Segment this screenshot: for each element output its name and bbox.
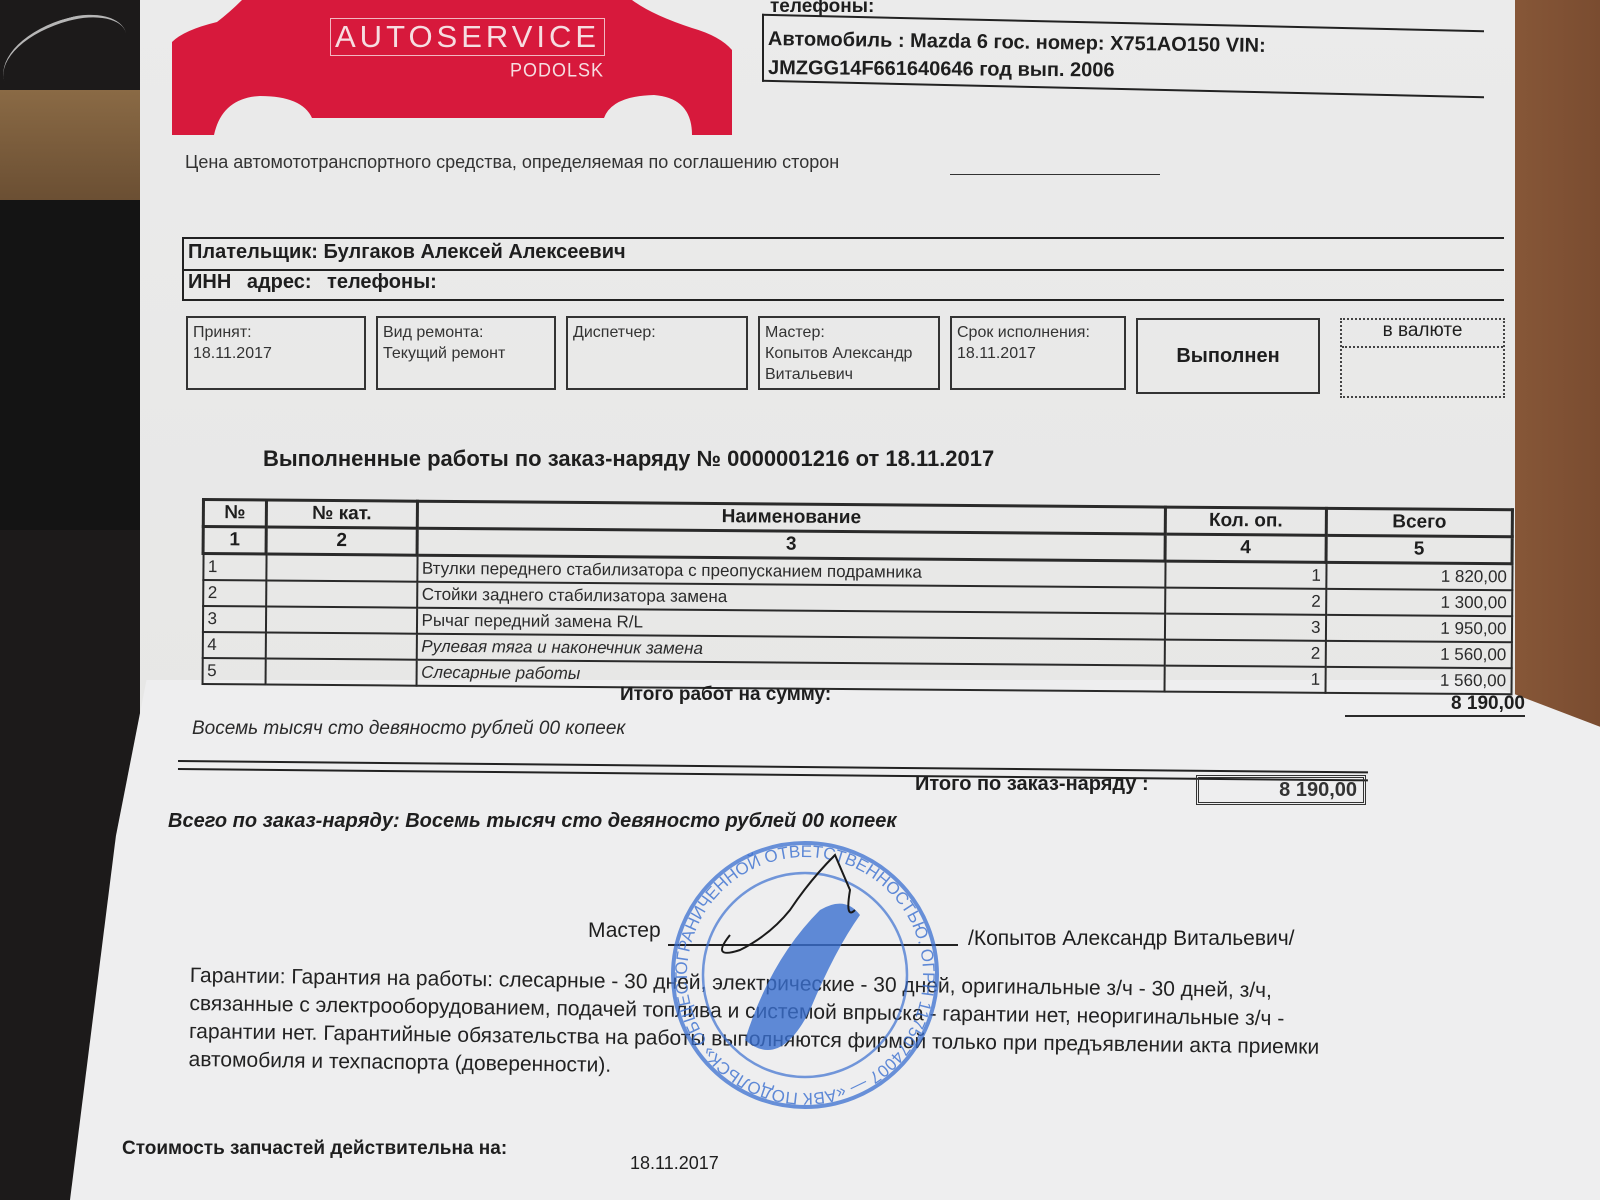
info-label: Вид ремонта: bbox=[383, 324, 483, 341]
works-title: Выполненные работы по заказ-наряду № 000… bbox=[263, 446, 994, 472]
work-order-document-lower bbox=[70, 680, 1600, 1200]
row-qty: 3 bbox=[1164, 614, 1325, 641]
column-number: 5 bbox=[1326, 535, 1512, 563]
payer-meta: ИНН адрес: телефоны: bbox=[188, 271, 437, 294]
order-total-words: Всего по заказ-наряду: Восемь тысяч сто … bbox=[168, 810, 897, 833]
column-number: 4 bbox=[1165, 534, 1326, 562]
warranty-text: Гарантии: Гарантия на работы: слесарные … bbox=[188, 962, 1349, 1090]
info-label: Принят: bbox=[193, 324, 252, 341]
row-catalog bbox=[265, 607, 416, 634]
column-header-num: № bbox=[203, 500, 266, 527]
row-num: 5 bbox=[202, 658, 265, 684]
column-number: 1 bbox=[203, 527, 266, 554]
info-box-master: Мастер: Копытов Александр Витальевич bbox=[758, 316, 940, 390]
row-total: 1 820,00 bbox=[1326, 562, 1512, 590]
status-badge: Выполнен bbox=[1136, 318, 1320, 394]
logo-brand-text: AUTOSERVICE bbox=[330, 18, 605, 56]
info-box-repair-type: Вид ремонта: Текущий ремонт bbox=[376, 316, 556, 390]
info-box-dispatcher: Диспетчер: bbox=[566, 316, 748, 390]
column-header-total: Всего bbox=[1326, 508, 1512, 536]
row-qty: 2 bbox=[1165, 588, 1326, 615]
price-agreement-label: Цена автомототранспортного средства, опр… bbox=[185, 152, 839, 173]
row-num: 3 bbox=[202, 606, 265, 632]
signature-line bbox=[668, 944, 958, 946]
row-num: 4 bbox=[202, 632, 265, 658]
works-sum-label: Итого работ на сумму: bbox=[620, 684, 831, 706]
row-num: 2 bbox=[203, 580, 266, 606]
price-agreement-blank bbox=[950, 174, 1160, 175]
row-num: 1 bbox=[203, 554, 266, 581]
info-label: Диспетчер: bbox=[573, 324, 656, 341]
column-number: 2 bbox=[266, 527, 417, 555]
info-value: 18.11.2017 bbox=[957, 343, 1119, 364]
row-qty: 2 bbox=[1164, 640, 1325, 667]
currency-label: в валюте bbox=[1342, 320, 1503, 342]
works-sum-value: 8 190,00 bbox=[1345, 693, 1525, 717]
company-logo: AUTOSERVICE PODOLSK bbox=[172, 0, 732, 135]
info-value: Текущий ремонт bbox=[383, 343, 549, 364]
info-label: Срок исполнения: bbox=[957, 324, 1090, 341]
row-total: 1 560,00 bbox=[1325, 641, 1511, 668]
column-header-qty: Кол. оп. bbox=[1165, 507, 1326, 535]
background-desk bbox=[0, 90, 160, 200]
signature-label: Мастер bbox=[588, 919, 661, 943]
column-header-catalog: № кат. bbox=[266, 500, 417, 528]
order-total-value: 8 190,00 bbox=[1196, 775, 1366, 805]
info-label: Мастер: bbox=[765, 324, 825, 341]
row-catalog bbox=[265, 633, 416, 660]
row-catalog bbox=[266, 581, 417, 608]
row-catalog bbox=[265, 659, 416, 686]
row-total: 1 560,00 bbox=[1325, 667, 1511, 694]
order-total-label: Итого по заказ-наряду : bbox=[915, 773, 1149, 796]
works-table: № № кат. Наименование Кол. оп. Всего 1 2… bbox=[201, 498, 1514, 695]
info-value: 18.11.2017 bbox=[193, 343, 359, 364]
info-box-deadline: Срок исполнения: 18.11.2017 bbox=[950, 316, 1126, 390]
row-catalog bbox=[266, 554, 417, 582]
currency-divider bbox=[1342, 346, 1503, 348]
signature-name: /Копытов Александр Витальевич/ bbox=[968, 927, 1295, 951]
parts-validity-date: 18.11.2017 bbox=[630, 1153, 719, 1174]
logo-city-text: PODOLSK bbox=[510, 59, 604, 82]
background-keyboard bbox=[0, 200, 160, 530]
row-qty: 1 bbox=[1164, 666, 1325, 693]
currency-box: в валюте bbox=[1340, 318, 1505, 398]
row-qty: 1 bbox=[1165, 561, 1326, 589]
payer-name: Плательщик: Булгаков Алексей Алексеевич bbox=[188, 241, 626, 264]
parts-validity-label: Стоимость запчастей действительна на: bbox=[122, 1138, 507, 1160]
row-total: 1 950,00 bbox=[1325, 615, 1511, 642]
row-total: 1 300,00 bbox=[1326, 589, 1512, 616]
info-value: Копытов Александр Витальевич bbox=[765, 343, 933, 385]
works-sum-words: Восемь тысяч сто девяносто рублей 00 коп… bbox=[192, 718, 625, 740]
info-box-accepted: Принят: 18.11.2017 bbox=[186, 316, 366, 390]
car-info-line-2: JMZGG14F661640646 год вып. 2006 bbox=[768, 57, 1115, 82]
